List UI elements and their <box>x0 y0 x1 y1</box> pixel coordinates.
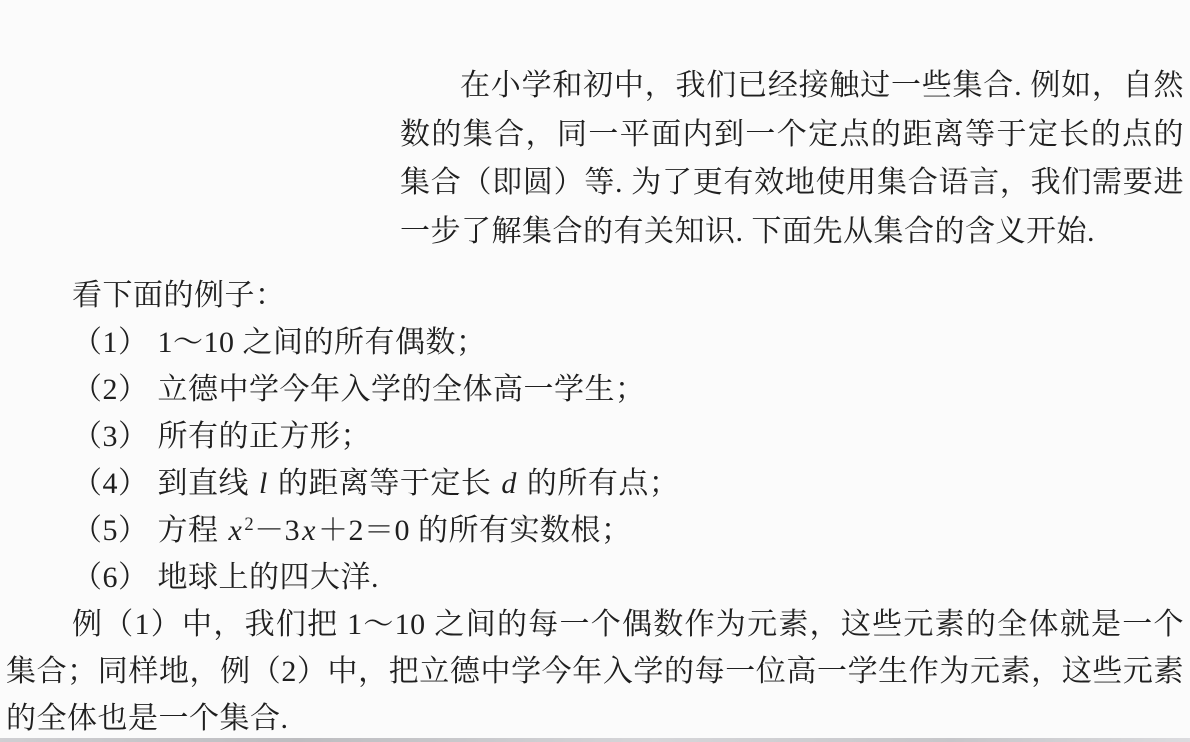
example-item-5: （5）方程 x2－3x＋2＝0 的所有实数根； <box>6 507 1184 554</box>
example-item-label: （4） <box>72 467 149 500</box>
example-item-label: （6） <box>72 561 149 594</box>
example-item-text: 方程 x2－3x＋2＝0 的所有实数根； <box>158 514 632 547</box>
example-item-text: 所有的正方形； <box>158 420 372 453</box>
example-item-4: （4）到直线 l 的距离等于定长 d 的所有点； <box>6 460 1184 507</box>
page-bottom-edge <box>0 738 1190 742</box>
example-item-label: （2） <box>72 373 149 406</box>
example-item-label: （5） <box>72 514 149 547</box>
example-item-2: （2）立德中学今年入学的全体高一学生； <box>6 366 1184 413</box>
textbook-page: 在小学和初中，我们已经接触过一些集合. 例如，自然数的集合，同一平面内到一个定点… <box>0 0 1190 742</box>
examples-section: 看下面的例子： （1）1～10 之间的所有偶数； （2）立德中学今年入学的全体高… <box>6 272 1184 742</box>
example-item-text: 地球上的四大洋. <box>158 561 380 594</box>
intro-paragraph: 在小学和初中，我们已经接触过一些集合. 例如，自然数的集合，同一平面内到一个定点… <box>400 62 1184 256</box>
example-item-text: 立德中学今年入学的全体高一学生； <box>158 373 646 406</box>
example-item-label: （3） <box>72 420 149 453</box>
example-item-3: （3）所有的正方形； <box>6 413 1184 460</box>
example-item-6: （6）地球上的四大洋. <box>6 554 1184 601</box>
example-item-text: 到直线 l 的距离等于定长 d 的所有点； <box>158 467 680 500</box>
closing-paragraph: 例（1）中，我们把 1～10 之间的每一个偶数作为元素，这些元素的全体就是一个集… <box>6 601 1184 742</box>
example-item-label: （1） <box>72 326 149 359</box>
examples-heading: 看下面的例子： <box>6 272 1184 319</box>
example-item-text: 1～10 之间的所有偶数； <box>158 326 487 359</box>
example-item-1: （1）1～10 之间的所有偶数； <box>6 319 1184 366</box>
